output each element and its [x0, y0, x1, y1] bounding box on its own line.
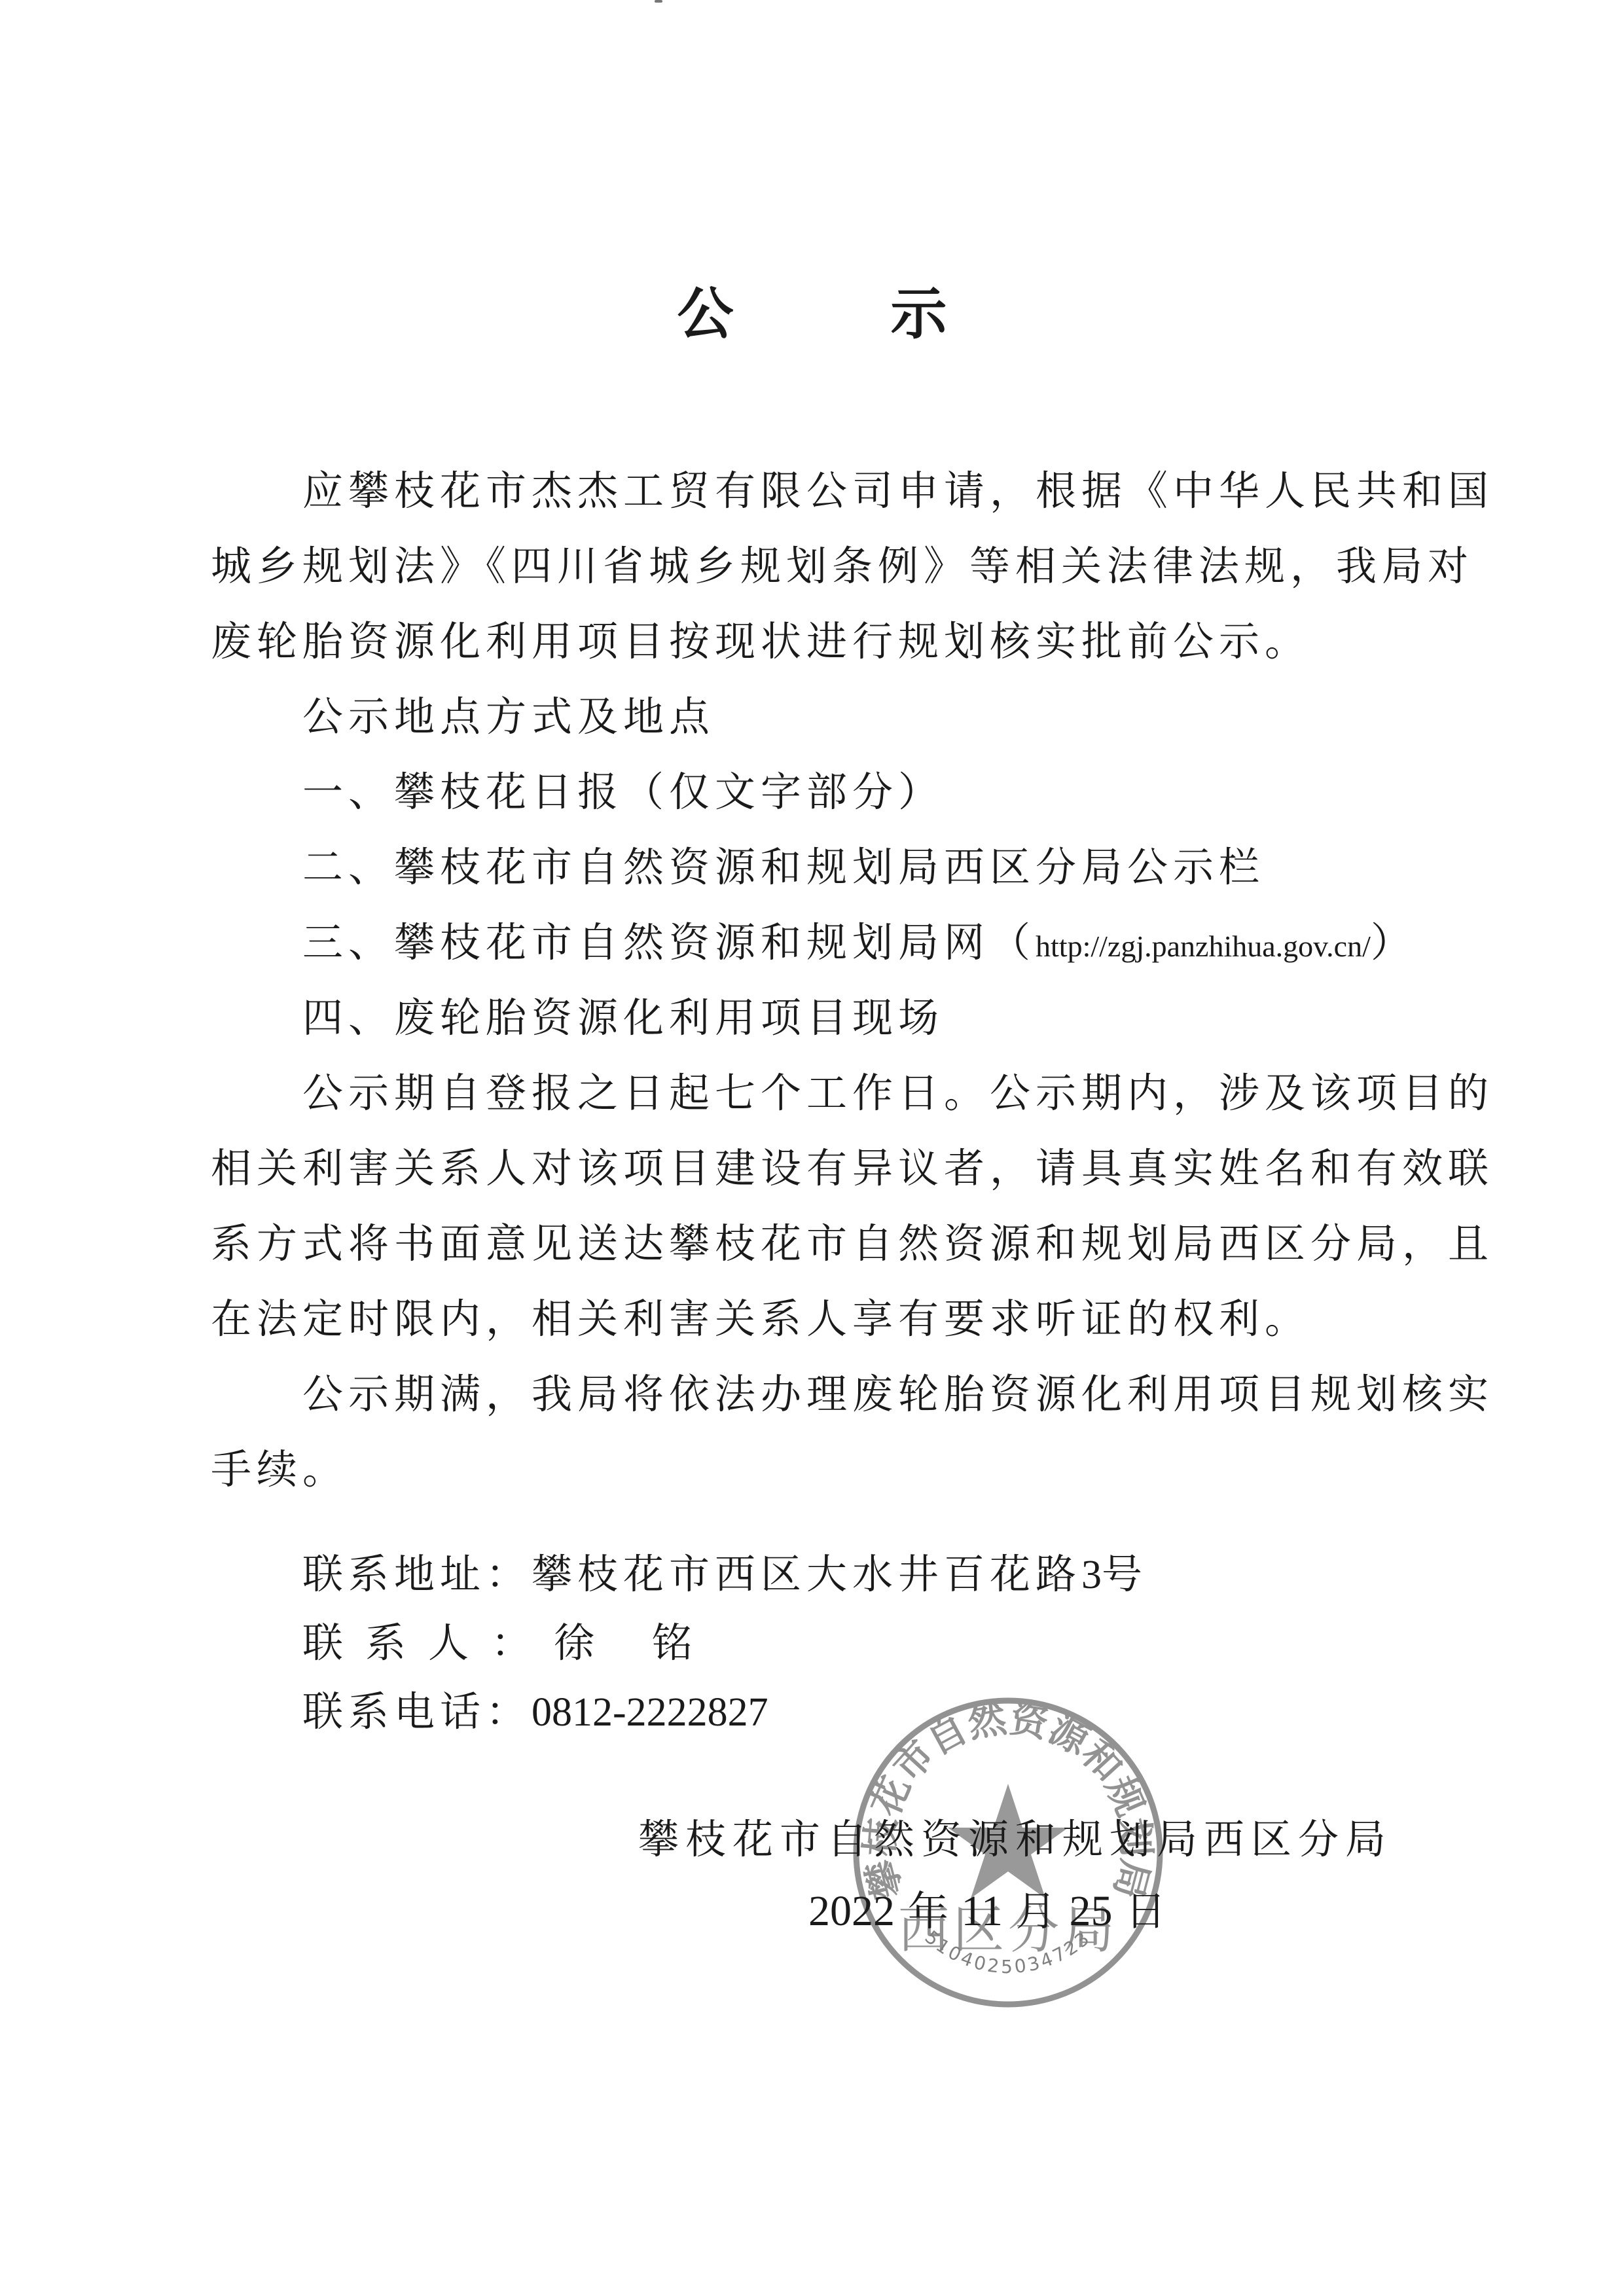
- venue-item-3: 三、攀枝花市自然资源和规划局网（http://zgj.panzhihua.gov…: [302, 916, 1416, 973]
- contact-phone-value: 0812-2222827: [532, 1690, 768, 1735]
- document-page: 公示 应攀枝花市杰杰工贸有限公司申请，根据《中华人民共和国 城乡规划法》《四川省…: [0, 0, 1624, 2295]
- closing-line-2: 手续。: [211, 1443, 348, 1496]
- venue-item-1: 一、攀枝花日报（仅文字部分）: [302, 766, 944, 818]
- title-char-1: 公: [677, 281, 734, 347]
- issue-date: 2022 年 11 月 25 日: [808, 1885, 1166, 1938]
- date-day-unit: 日: [1125, 1887, 1166, 1935]
- date-year-unit: 年: [908, 1887, 948, 1935]
- website-link[interactable]: http://zgj.panzhihua.gov.cn/: [1036, 930, 1371, 963]
- period-line-3: 系方式将书面意见送达攀枝花市自然资源和规划局西区分局，且: [211, 1218, 1494, 1270]
- venues-heading: 公示地点方式及地点: [302, 691, 715, 743]
- contact-address-label: 联系地址：: [302, 1550, 532, 1598]
- closing-line-1: 公示期满，我局将依法办理废轮胎资源化利用项目规划核实: [302, 1368, 1494, 1420]
- intro-line-2: 城乡规划法》《四川省城乡规划条例》等相关法律法规，我局对: [211, 540, 1473, 592]
- contact-person: 联系人：徐 铭: [302, 1617, 715, 1669]
- intro-line-1: 应攀枝花市杰杰工贸有限公司申请，根据《中华人民共和国: [302, 465, 1494, 517]
- contact-address-number: 3: [1081, 1553, 1102, 1597]
- contact-phone-label: 联系电话：: [302, 1688, 532, 1735]
- title-char-2: 示: [891, 281, 947, 347]
- contact-address: 联系地址：攀枝花市西区大水井百花路3号: [302, 1548, 1147, 1601]
- contact-person-value: 徐 铭: [554, 1619, 715, 1667]
- venue-item-4: 四、废轮胎资源化利用项目现场: [302, 992, 944, 1044]
- date-day: 25: [1069, 1887, 1112, 1935]
- period-line-1: 公示期自登报之日起七个工作日。公示期内，涉及该项目的: [302, 1067, 1494, 1119]
- period-line-4: 在法定时限内，相关利害关系人享有要求听证的权利。: [211, 1293, 1310, 1345]
- venue-item-3-label: 三、攀枝花市自然资源和规划局网（: [302, 918, 1036, 966]
- contact-person-label: 联系人：: [302, 1619, 554, 1667]
- date-month-unit: 月: [1016, 1887, 1056, 1935]
- scan-artifact: [655, 0, 662, 3]
- issuing-organization: 攀枝花市自然资源和规划局西区分局: [638, 1813, 1392, 1866]
- date-month: 11: [961, 1887, 1003, 1935]
- period-line-2: 相关利害关系人对该项目建设有异议者，请具真实姓名和有效联: [211, 1142, 1494, 1195]
- intro-line-3: 废轮胎资源化利用项目按现状进行规划核实批前公示。: [211, 615, 1310, 668]
- venue-item-2: 二、攀枝花市自然资源和规划局西区分局公示栏: [302, 841, 1265, 894]
- contact-address-value: 攀枝花市西区大水井百花路: [532, 1550, 1081, 1598]
- date-year: 2022: [808, 1887, 895, 1935]
- contact-phone: 联系电话：0812-2222827: [302, 1686, 768, 1739]
- venue-item-3-suffix: ）: [1371, 918, 1416, 966]
- document-title: 公示: [0, 281, 1624, 347]
- contact-address-suffix: 号: [1102, 1550, 1147, 1598]
